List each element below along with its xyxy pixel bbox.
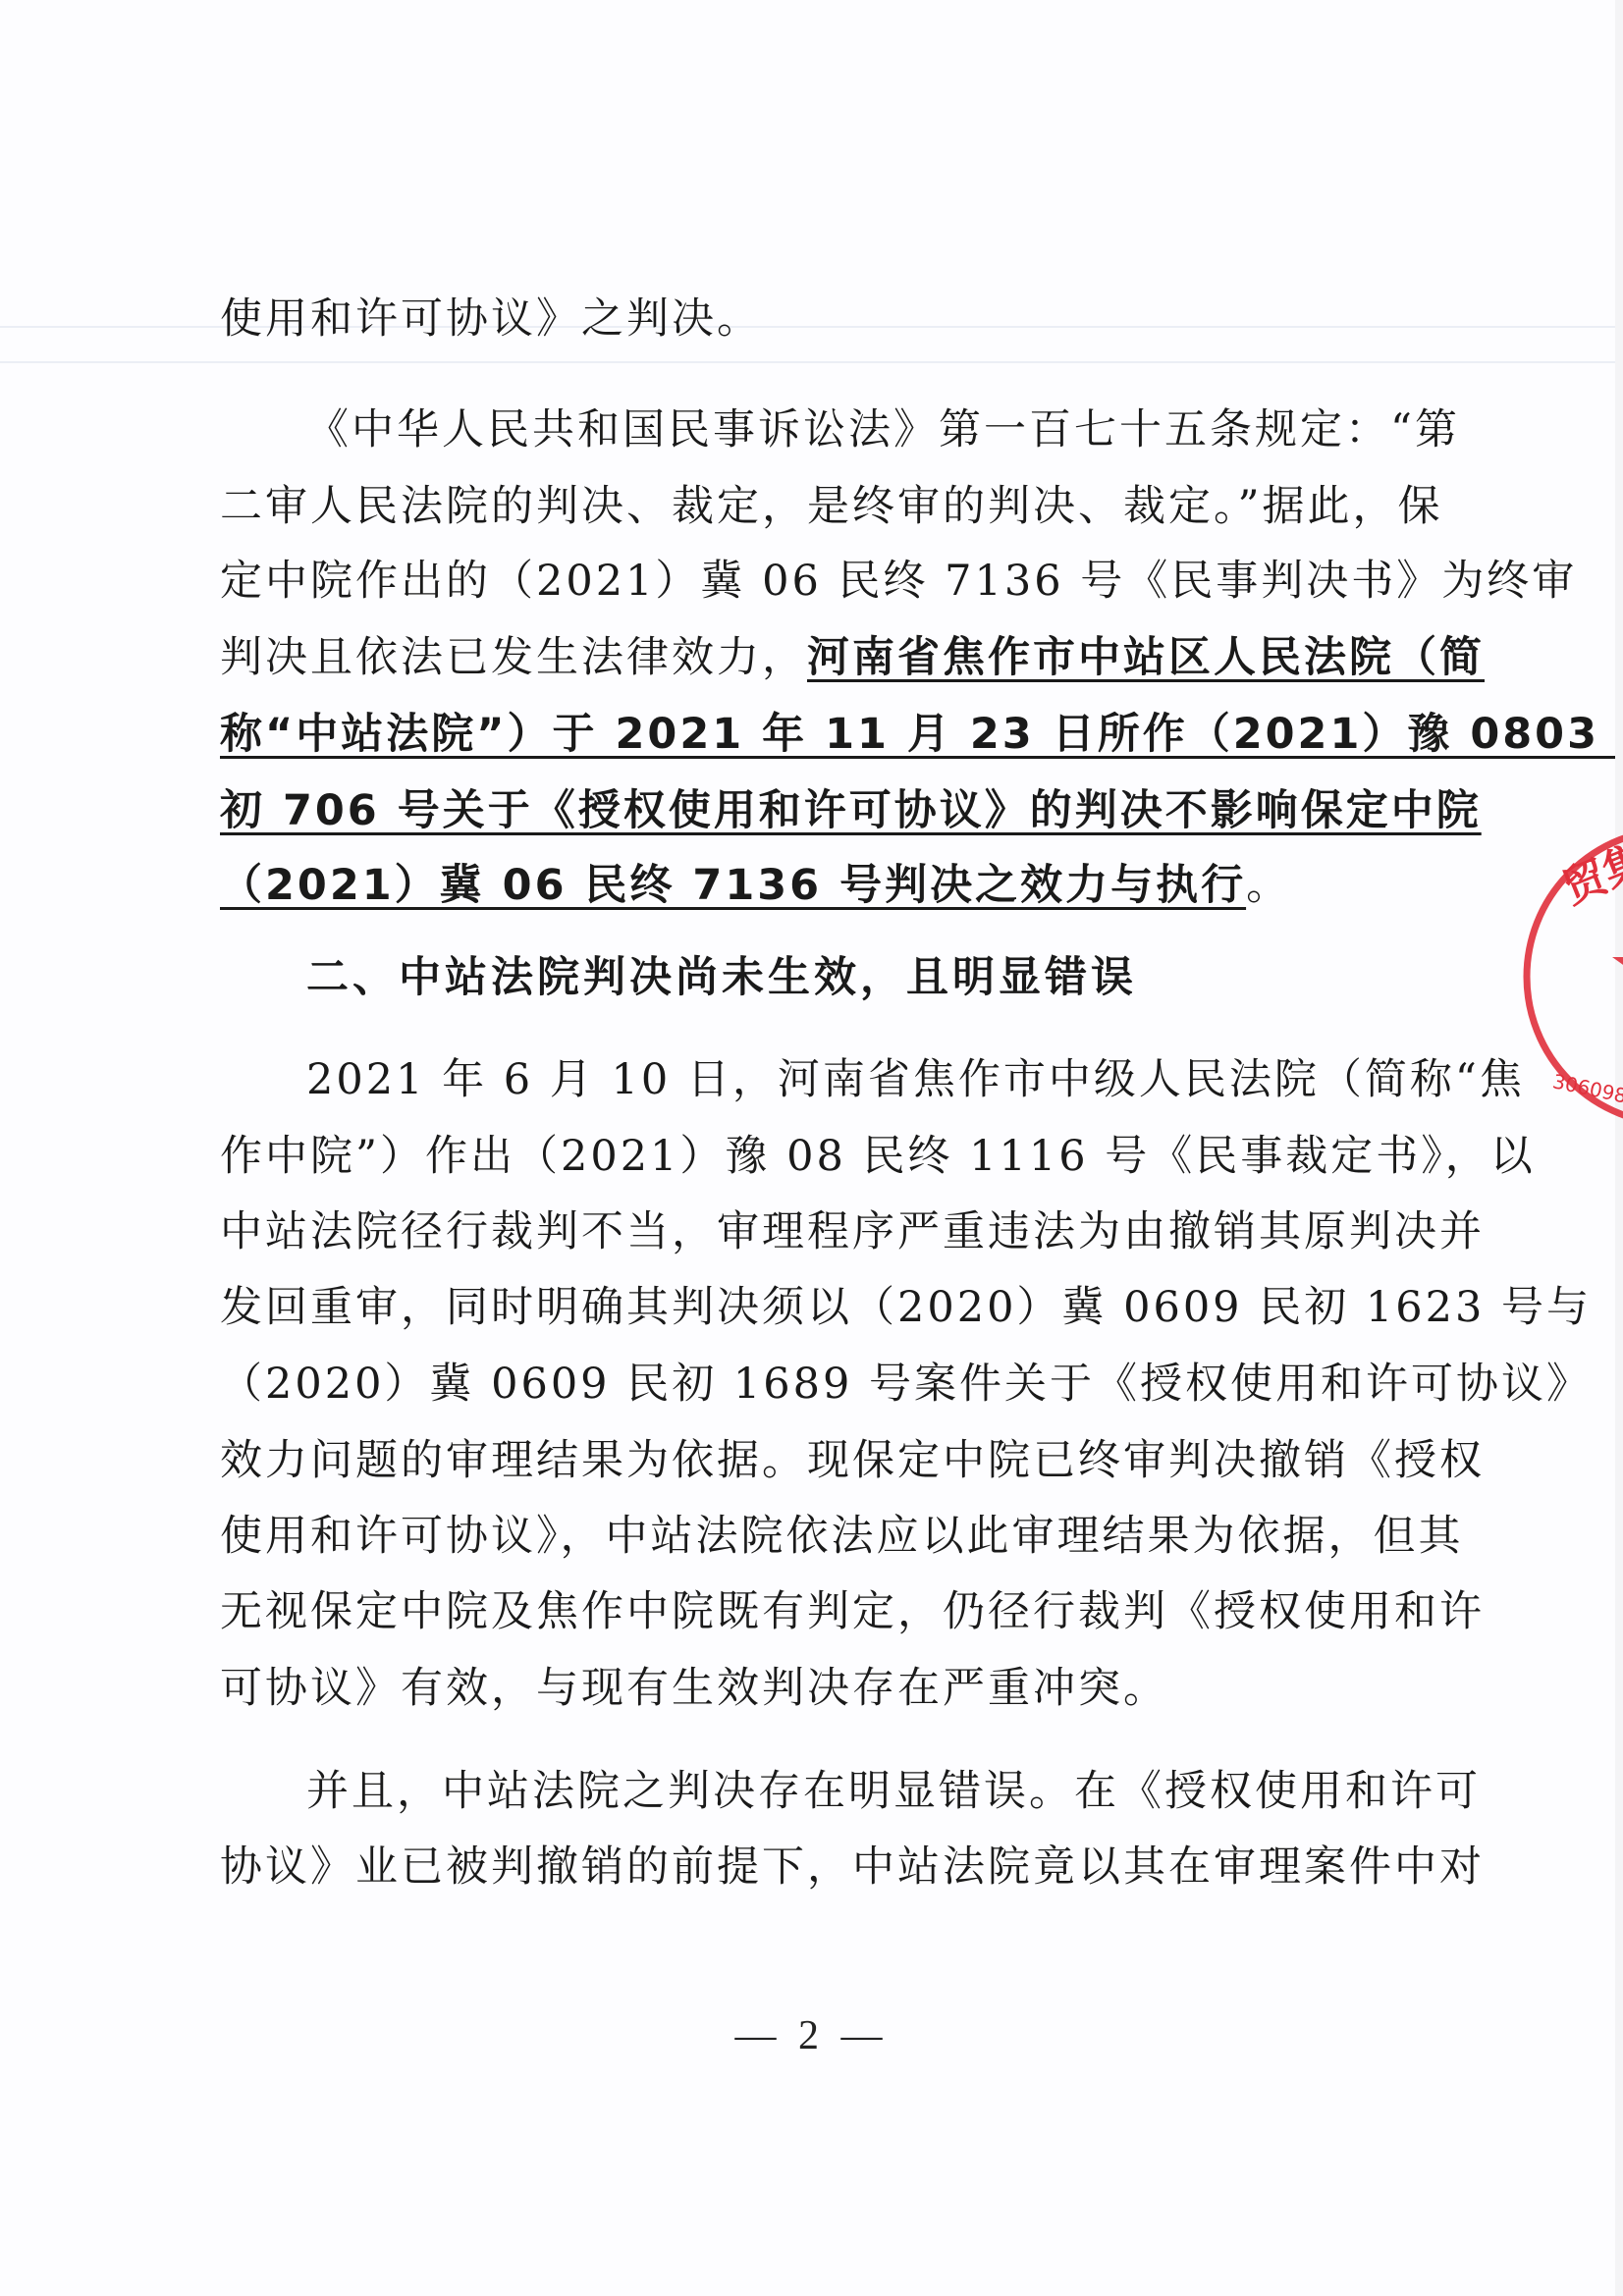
line-text: 称“中站法院”）于 2021 年 11 月 23 日所作（2021）豫 0803…: [220, 710, 1623, 759]
emphasized-underlined-line: 初 706 号关于《授权使用和许可协议》的判决不影响保定中院: [220, 781, 1428, 840]
text-line: 定中院作出的（2021）冀 06 民终 7136 号《民事判决书》为终审: [220, 552, 1428, 611]
paragraph-first-line: 并且，中站法院之判决存在明显错误。在《授权使用和许可: [220, 1762, 1428, 1821]
line-text: 2021 年 6 月 10 日，河南省焦作市中级人民法院（简称“焦: [306, 1055, 1525, 1104]
heading-text: 二、中站法院判决尚未生效，且明显错误: [306, 953, 1137, 1002]
line-text: 使用和许可协议》之判决。: [220, 294, 762, 344]
scan-edge: [1615, 0, 1623, 2296]
line-text: 使用和许可协议》，中站法院依法应以此审理结果为依据，但其: [220, 1512, 1464, 1561]
page-number: — 2 —: [0, 2012, 1623, 2059]
emphasized-underlined-line: 称“中站法院”）于 2021 年 11 月 23 日所作（2021）豫 0803…: [220, 705, 1428, 764]
document-page: 使用和许可协议》之判决。 《中华人民共和国民事诉讼法》第一百七十五条规定：“第 …: [0, 0, 1615, 2296]
emphasized-underlined-text: 河南省焦作市中站区人民法院（简: [807, 633, 1485, 682]
line-text: 作中院”）作出（2021）豫 08 民终 1116 号《民事裁定书》，以: [220, 1132, 1536, 1181]
line-text: 效力问题的审理结果为依据。现保定中院已终审判决撤销《授权: [220, 1436, 1485, 1485]
text-line: 判决且依法已发生法律效力，河南省焦作市中站区人民法院（简: [220, 628, 1428, 687]
line-text: 可协议》有效，与现有生效判决存在严重冲突。: [220, 1664, 1168, 1713]
text-line: 无视保定中院及焦作中院既有判定，仍径行裁判《授权使用和许: [220, 1582, 1428, 1641]
line-text: 无视保定中院及焦作中院既有判定，仍径行裁判《授权使用和许: [220, 1587, 1485, 1636]
text-line: 作中院”）作出（2021）豫 08 民终 1116 号《民事裁定书》，以: [220, 1127, 1428, 1186]
line-text: （2021）冀 06 民终 7136 号判决之效力与执行: [220, 861, 1246, 910]
text-line: 协议》业已被判撤销的前提下，中站法院竟以其在审理案件中对: [220, 1838, 1428, 1896]
text-line: 二审人民法院的判决、裁定，是终审的判决、裁定。”据此，保: [220, 477, 1428, 536]
paragraph-first-line: 2021 年 6 月 10 日，河南省焦作市中级人民法院（简称“焦: [220, 1050, 1428, 1109]
line-text: （2020）冀 0609 民初 1689 号案件关于《授权使用和许可协议》: [220, 1360, 1592, 1409]
line-text: 并且，中站法院之判决存在明显错误。在《授权使用和许可: [306, 1767, 1481, 1816]
trailing-punctuation: 。: [1246, 861, 1291, 910]
text-line: 中站法院径行裁判不当，审理程序严重违法为由撤销其原判决并: [220, 1202, 1428, 1261]
line-text: 中站法院径行裁判不当，审理程序严重违法为由撤销其原判决并: [220, 1207, 1485, 1256]
text-line: 使用和许可协议》，中站法院依法应以此审理结果为依据，但其: [220, 1507, 1428, 1566]
text-line: 可协议》有效，与现有生效判决存在严重冲突。: [220, 1659, 1428, 1718]
line-text: 《中华人民共和国民事诉讼法》第一百七十五条规定：“第: [306, 405, 1460, 454]
paragraph-first-line: 《中华人民共和国民事诉讼法》第一百七十五条规定：“第: [220, 400, 1428, 459]
line-text: 初 706 号关于《授权使用和许可协议》的判决不影响保定中院: [220, 786, 1482, 835]
emphasized-underlined-line: （2021）冀 06 民终 7136 号判决之效力与执行。: [220, 856, 1428, 915]
text-line: （2020）冀 0609 民初 1689 号案件关于《授权使用和许可协议》: [220, 1355, 1428, 1414]
line-text: 发回重审，同时明确其判决须以（2020）冀 0609 民初 1623 号与: [220, 1283, 1592, 1332]
line-text: 定中院作出的（2021）冀 06 民终 7136 号《民事判决书》为终审: [220, 557, 1577, 606]
line-text: 协议》业已被判撤销的前提下，中站法院竟以其在审理案件中对: [220, 1842, 1485, 1892]
line-text: 二审人民法院的判决、裁定，是终审的判决、裁定。”据此，保: [220, 482, 1442, 531]
text-line: 效力问题的审理结果为依据。现保定中院已终审判决撤销《授权: [220, 1431, 1428, 1490]
section-heading: 二、中站法院判决尚未生效，且明显错误: [220, 948, 1428, 1007]
text-line: 发回重审，同时明确其判决须以（2020）冀 0609 民初 1623 号与: [220, 1278, 1428, 1337]
line-text: 判决且依法已发生法律效力，: [220, 633, 807, 682]
text-line: 使用和许可协议》之判决。: [220, 290, 1428, 348]
scan-artifact-line: [0, 361, 1615, 363]
